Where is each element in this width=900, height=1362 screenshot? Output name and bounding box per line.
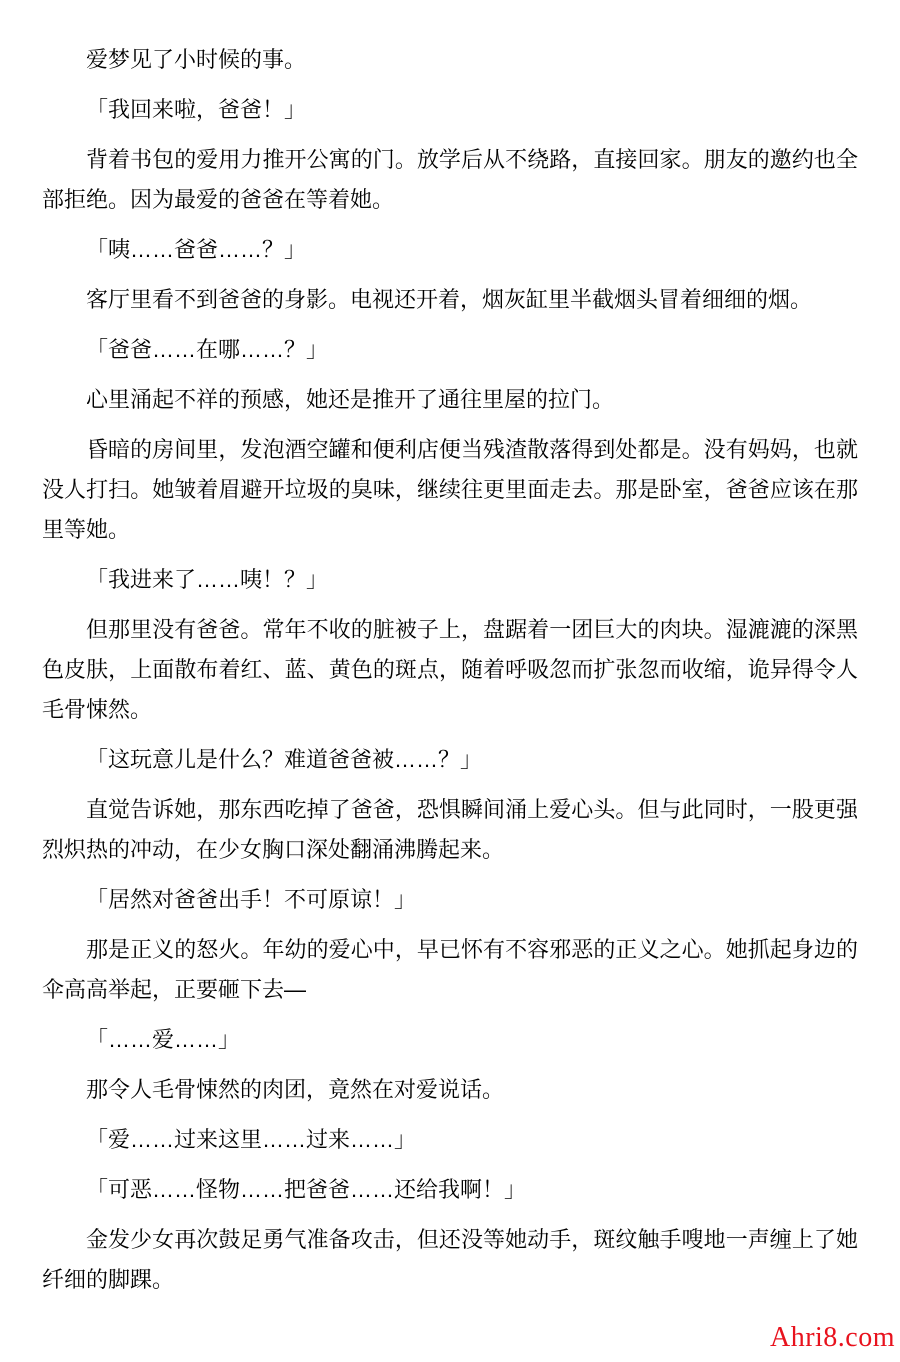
narration-paragraph: 心里涌起不祥的预感，她还是推开了通往里屋的拉门。 bbox=[42, 380, 858, 420]
site-watermark: Ahri8.com bbox=[770, 1322, 895, 1354]
narration-paragraph: 客厅里看不到爸爸的身影。电视还开着，烟灰缸里半截烟头冒着细细的烟。 bbox=[42, 280, 858, 320]
novel-text-block: 爱梦见了小时候的事。 「我回来啦，爸爸！」 背着书包的爱用力推开公寓的门。放学后… bbox=[42, 40, 858, 1310]
narration-paragraph: 直觉告诉她，那东西吃掉了爸爸，恐惧瞬间涌上爱心头。但与此同时，一股更强烈炽热的冲… bbox=[42, 790, 858, 870]
dialogue-paragraph: 「爱……过来这里……过来……」 bbox=[42, 1120, 858, 1160]
narration-paragraph: 金发少女再次鼓足勇气准备攻击，但还没等她动手，斑纹触手嗖地一声缠上了她纤细的脚踝… bbox=[42, 1220, 858, 1300]
narration-paragraph: 昏暗的房间里，发泡酒空罐和便利店便当残渣散落得到处都是。没有妈妈，也就没人打扫。… bbox=[42, 430, 858, 550]
narration-paragraph: 那令人毛骨悚然的肉团，竟然在对爱说话。 bbox=[42, 1070, 858, 1110]
narration-paragraph: 但那里没有爸爸。常年不收的脏被子上，盘踞着一团巨大的肉块。湿漉漉的深黑色皮肤，上… bbox=[42, 610, 858, 730]
dialogue-paragraph: 「我回来啦，爸爸！」 bbox=[42, 90, 858, 130]
dialogue-paragraph: 「咦……爸爸……？」 bbox=[42, 230, 858, 270]
dialogue-paragraph: 「我进来了……咦！？」 bbox=[42, 560, 858, 600]
narration-paragraph: 爱梦见了小时候的事。 bbox=[42, 40, 858, 80]
dialogue-paragraph: 「可恶……怪物……把爸爸……还给我啊！」 bbox=[42, 1170, 858, 1210]
dialogue-paragraph: 「爸爸……在哪……？」 bbox=[42, 330, 858, 370]
dialogue-paragraph: 「这玩意儿是什么？难道爸爸被……？」 bbox=[42, 740, 858, 780]
narration-paragraph: 背着书包的爱用力推开公寓的门。放学后从不绕路，直接回家。朋友的邀约也全部拒绝。因… bbox=[42, 140, 858, 220]
novel-page: 爱梦见了小时候的事。 「我回来啦，爸爸！」 背着书包的爱用力推开公寓的门。放学后… bbox=[0, 0, 900, 1362]
dialogue-paragraph: 「……爱……」 bbox=[42, 1020, 858, 1060]
dialogue-paragraph: 「居然对爸爸出手！不可原谅！」 bbox=[42, 880, 858, 920]
narration-paragraph: 那是正义的怒火。年幼的爱心中，早已怀有不容邪恶的正义之心。她抓起身边的伞高高举起… bbox=[42, 930, 858, 1010]
